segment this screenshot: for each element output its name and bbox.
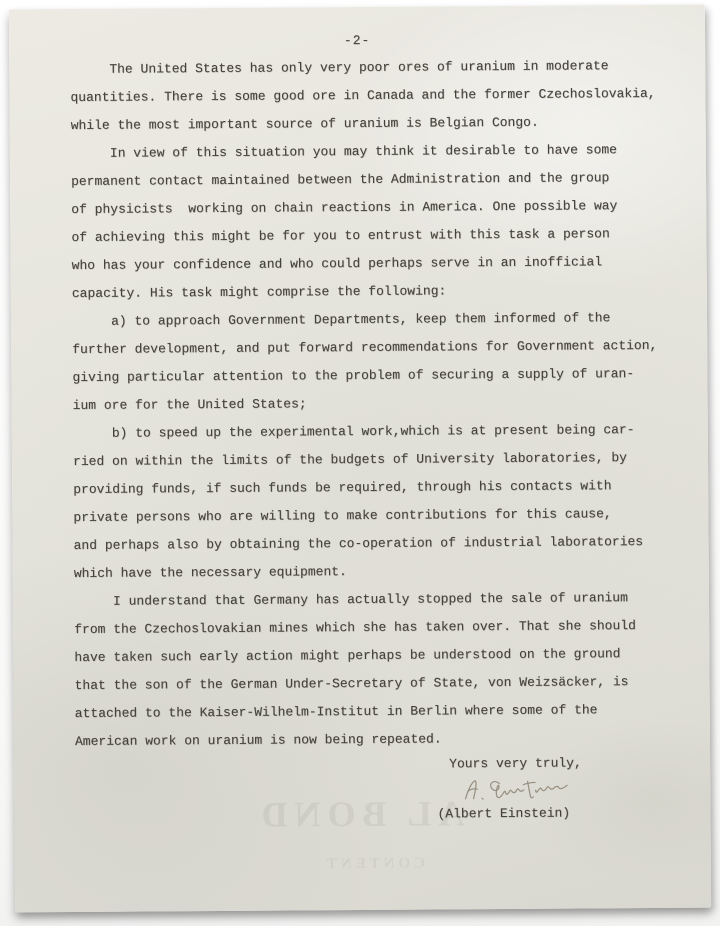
paragraph-task-a: a) to approach Government Departments, k… xyxy=(72,304,679,420)
watermark-showthrough-line2: CONTENT xyxy=(323,856,425,874)
paragraph-permanent-contact: In view of this situation you may think … xyxy=(71,136,678,308)
paragraph-germany-uranium: I understand that Germany has actually s… xyxy=(74,584,681,756)
letter-body: The United States has only very poor ore… xyxy=(70,52,681,756)
scanned-letter-scene: -2- The United States has only very poor… xyxy=(0,0,720,926)
paragraph-task-b: b) to speed up the experimental work,whi… xyxy=(73,416,680,588)
paragraph-uranium-sources: The United States has only very poor ore… xyxy=(70,52,677,140)
typed-signature-name: (Albert Einstein) xyxy=(437,805,612,822)
page-number: -2- xyxy=(9,31,705,51)
signature-ink-strokes xyxy=(452,773,612,806)
valediction: Yours very truly, xyxy=(437,755,612,772)
closing-block: Yours very truly, (Albert Einstein) xyxy=(437,755,612,822)
handwritten-signature xyxy=(452,773,612,806)
watermark-showthrough-line1: AL BOND xyxy=(254,792,464,835)
letter-page: -2- The United States has only very poor… xyxy=(9,5,711,913)
